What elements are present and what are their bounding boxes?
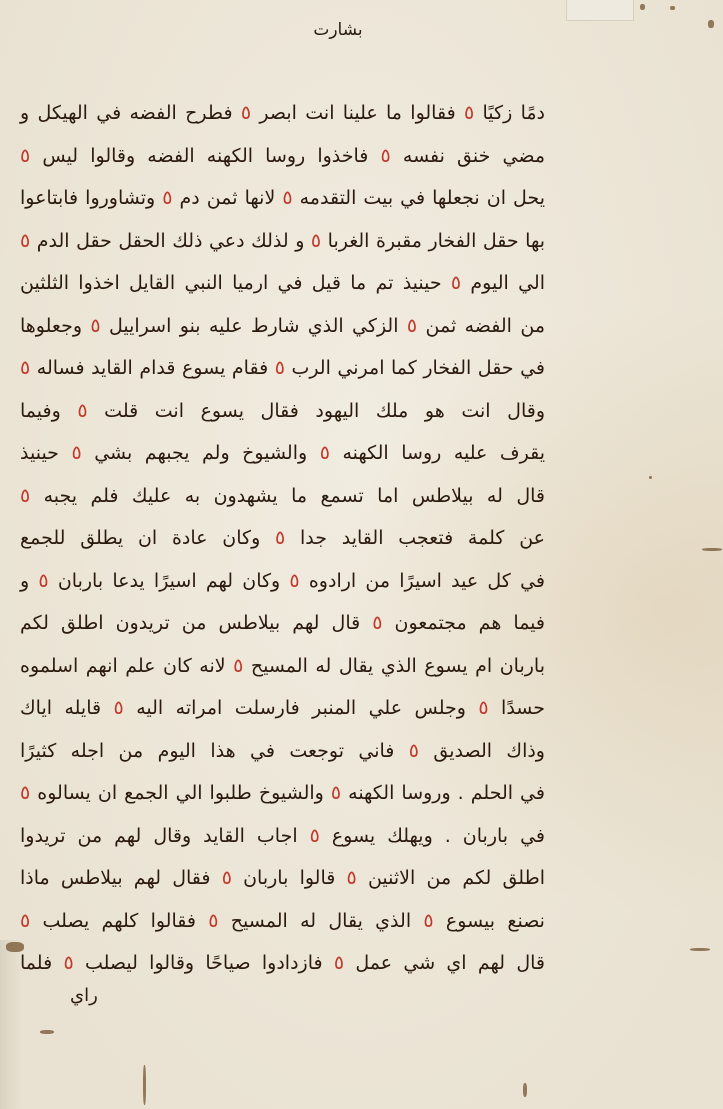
- text-line: في كل عيد اسيرًا من ارادوه ٥ وكان لهم اس…: [20, 560, 545, 603]
- text-line: قال لهم اي شي عمل ٥ فازدادوا صياحًا وقال…: [20, 942, 545, 985]
- rubric-marker: ٥: [275, 357, 285, 379]
- rubric-marker: ٥: [71, 442, 81, 464]
- text-line: من الفضه ثمن ٥ الزكي الذي شارط عليه بنو …: [20, 305, 545, 348]
- rubric-marker: ٥: [311, 230, 321, 252]
- rubric-marker: ٥: [20, 485, 30, 507]
- text-line: قال له بيلاطس اما تسمع ما يشهدون به عليك…: [20, 475, 545, 518]
- rubric-marker: ٥: [423, 910, 433, 932]
- text-line: وقال انت هو ملك اليهود فقال يسوع انت قلت…: [20, 390, 545, 433]
- rubric-marker: ٥: [310, 825, 320, 847]
- rubric-marker: ٥: [478, 697, 488, 719]
- ink-spot: [690, 948, 710, 951]
- rubric-marker: ٥: [451, 272, 461, 294]
- rubric-marker: ٥: [20, 357, 30, 379]
- text-line: وذاك الصديق ٥ فاني توجعت في هذا اليوم من…: [20, 730, 545, 773]
- rubric-marker: ٥: [114, 697, 124, 719]
- rubric-marker: ٥: [372, 612, 382, 634]
- rubric-marker: ٥: [20, 910, 30, 932]
- rubric-marker: ٥: [38, 570, 48, 592]
- text-line: يحل ان نجعلها في بيت التقدمه ٥ لانها ثمن…: [20, 177, 545, 220]
- rubric-marker: ٥: [320, 442, 330, 464]
- ink-spot: [649, 476, 652, 479]
- rubric-marker: ٥: [275, 527, 285, 549]
- text-line: حسدًا ٥ وجلس علي المنبر فارسلت امراته ال…: [20, 687, 545, 730]
- rubric-marker: ٥: [334, 952, 344, 974]
- text-line: فيما هم مجتمعون ٥ قال لهم بيلاطس من تريد…: [20, 602, 545, 645]
- page-header: بشارت: [308, 20, 368, 40]
- rubric-marker: ٥: [407, 315, 417, 337]
- text-line: يقرف عليه روسا الكهنه ٥ والشيوخ ولم يجبه…: [20, 432, 545, 475]
- rubric-marker: ٥: [464, 102, 474, 124]
- text-line: باربان ام يسوع الذي يقال له المسيح ٥ لان…: [20, 645, 545, 688]
- manuscript-page: بشارت دمًا زكيًا ٥ فقالوا ما علينا انت ا…: [0, 0, 723, 1109]
- rubric-marker: ٥: [233, 655, 243, 677]
- text-line: الي اليوم ٥ حينيذ تم ما قيل في ارميا الن…: [20, 262, 545, 305]
- ink-spot: [143, 1065, 146, 1105]
- ink-spot: [702, 548, 722, 551]
- rubric-marker: ٥: [331, 782, 341, 804]
- ink-spot: [640, 4, 645, 10]
- rubric-marker: ٥: [208, 910, 218, 932]
- rubric-marker: ٥: [409, 740, 419, 762]
- text-line: دمًا زكيًا ٥ فقالوا ما علينا انت ابصر ٥ …: [20, 92, 545, 135]
- rubric-marker: ٥: [20, 782, 30, 804]
- text-line: في الحلم . وروسا الكهنه ٥ والشيوخ طلبوا …: [20, 772, 545, 815]
- paper-tab-mark: [566, 0, 634, 21]
- rubric-marker: ٥: [241, 102, 251, 124]
- page-edge-damage: [0, 940, 22, 1109]
- ink-spot: [670, 6, 675, 10]
- rubric-marker: ٥: [90, 315, 100, 337]
- catchword: راي: [70, 985, 98, 1006]
- text-line: مضي خنق نفسه ٥ فاخذوا روسا الكهنه الفضه …: [20, 135, 545, 178]
- manuscript-text-block: دمًا زكيًا ٥ فقالوا ما علينا انت ابصر ٥ …: [20, 92, 545, 985]
- text-line: في حقل الفخار كما امرني الرب ٥ فقام يسوع…: [20, 347, 545, 390]
- ink-spot: [40, 1030, 54, 1034]
- rubric-marker: ٥: [289, 570, 299, 592]
- text-line: عن كلمة فتعجب القايد جدا ٥ وكان عادة ان …: [20, 517, 545, 560]
- ink-spot: [523, 1083, 527, 1097]
- rubric-marker: ٥: [282, 187, 292, 209]
- rubric-marker: ٥: [381, 145, 391, 167]
- rubric-marker: ٥: [162, 187, 172, 209]
- text-line: اطلق لكم من الاثنين ٥ قالوا باربان ٥ فقا…: [20, 857, 545, 900]
- text-line: نصنع بيسوع ٥ الذي يقال له المسيح ٥ فقالو…: [20, 900, 545, 943]
- rubric-marker: ٥: [63, 952, 73, 974]
- text-line: بها حقل الفخار مقبرة الغربا ٥ و لذلك دعي…: [20, 220, 545, 263]
- ink-spot: [708, 20, 714, 28]
- rubric-marker: ٥: [20, 230, 30, 252]
- rubric-marker: ٥: [347, 867, 357, 889]
- rubric-marker: ٥: [77, 400, 87, 422]
- rubric-marker: ٥: [222, 867, 232, 889]
- rubric-marker: ٥: [20, 145, 30, 167]
- text-line: في باربان . ويهلك يسوع ٥ اجاب القايد وقا…: [20, 815, 545, 858]
- ink-spot: [6, 942, 24, 952]
